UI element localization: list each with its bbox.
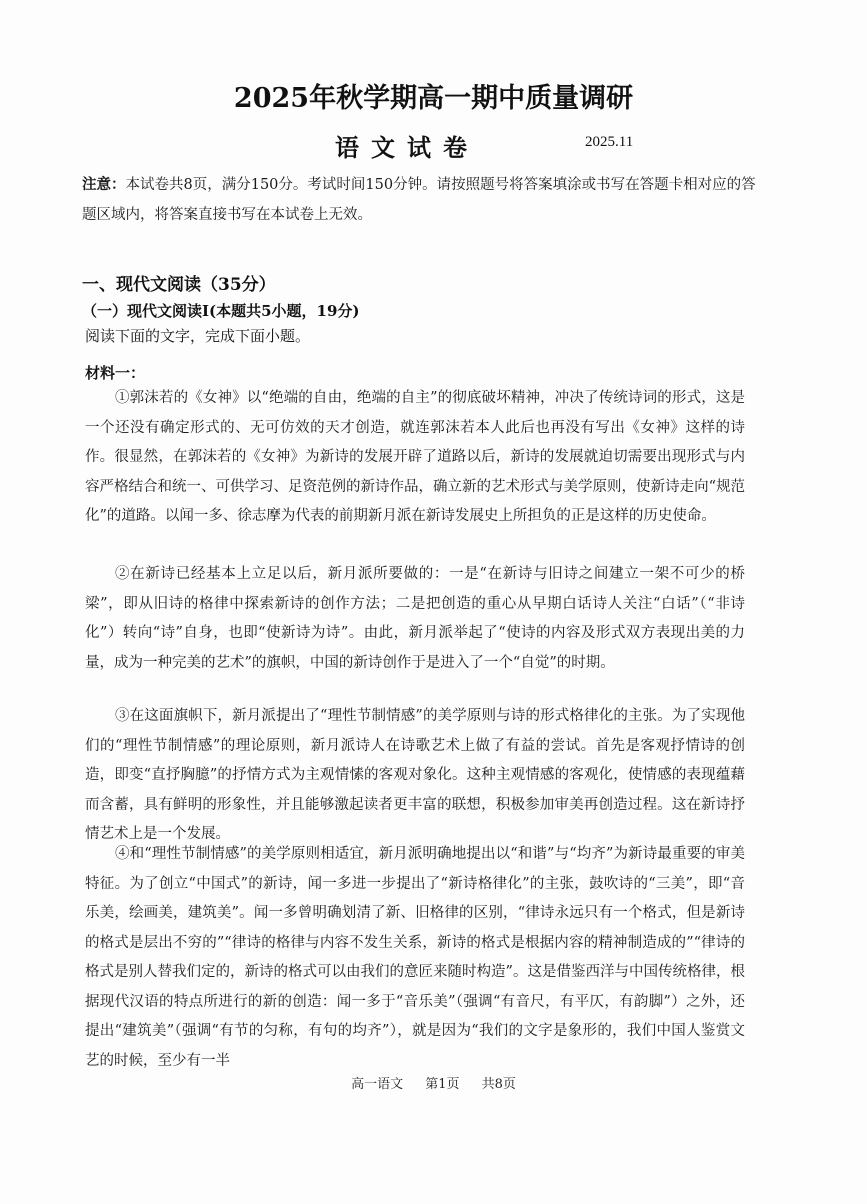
reading-instruction: 阅读下面的文字，完成下面小题。 (85, 325, 310, 346)
exam-page: 2025年秋学期高一期中质量调研 语文试卷 2025.11 注意：本试卷共8页，… (0, 0, 867, 1204)
exam-date: 2025.11 (585, 134, 633, 151)
paragraph-3: ③在这面旗帜下，新月派提出了“理性节制情感”的美学原则与诗的形式格律化的主张。为… (85, 702, 745, 850)
exam-subtitle: 语文试卷 (335, 128, 479, 163)
section-heading: 一、现代文阅读（35分） (82, 270, 276, 295)
subsection-heading: （一）现代文阅读Ⅰ(本题共5小题，19分) (82, 300, 360, 321)
paragraph-1: ①郭沫若的《女神》以“绝端的自由，绝端的自主”的彻底破坏精神，冲决了传统诗词的形… (85, 384, 745, 532)
footer-subject: 高一语文 (351, 1077, 403, 1092)
exam-notice: 注意：本试卷共8页，满分150分。考试时间150分钟。请按照题号将答案填涂或书写… (82, 170, 762, 230)
notice-text: 本试卷共8页，满分150分。考试时间150分钟。请按照题号将答案填涂或书写在答题… (82, 177, 756, 223)
notice-label: 注意： (82, 176, 126, 193)
footer-total-pages: 共8页 (482, 1077, 516, 1092)
exam-title: 2025年秋学期高一期中质量调研 (0, 76, 867, 115)
paragraph-2: ②在新诗已经基本上立足以后，新月派所要做的：一是“在新诗与旧诗之间建立一架不可少… (85, 560, 745, 678)
footer-page-number: 第1页 (425, 1077, 459, 1092)
material-label: 材料一： (85, 362, 145, 383)
paragraph-4: ④和“理性节制情感”的美学原则相适宜，新月派明确地提出以“和谐”与“均齐”为新诗… (85, 840, 745, 1076)
page-footer: 高一语文 第1页 共8页 (0, 1073, 867, 1092)
